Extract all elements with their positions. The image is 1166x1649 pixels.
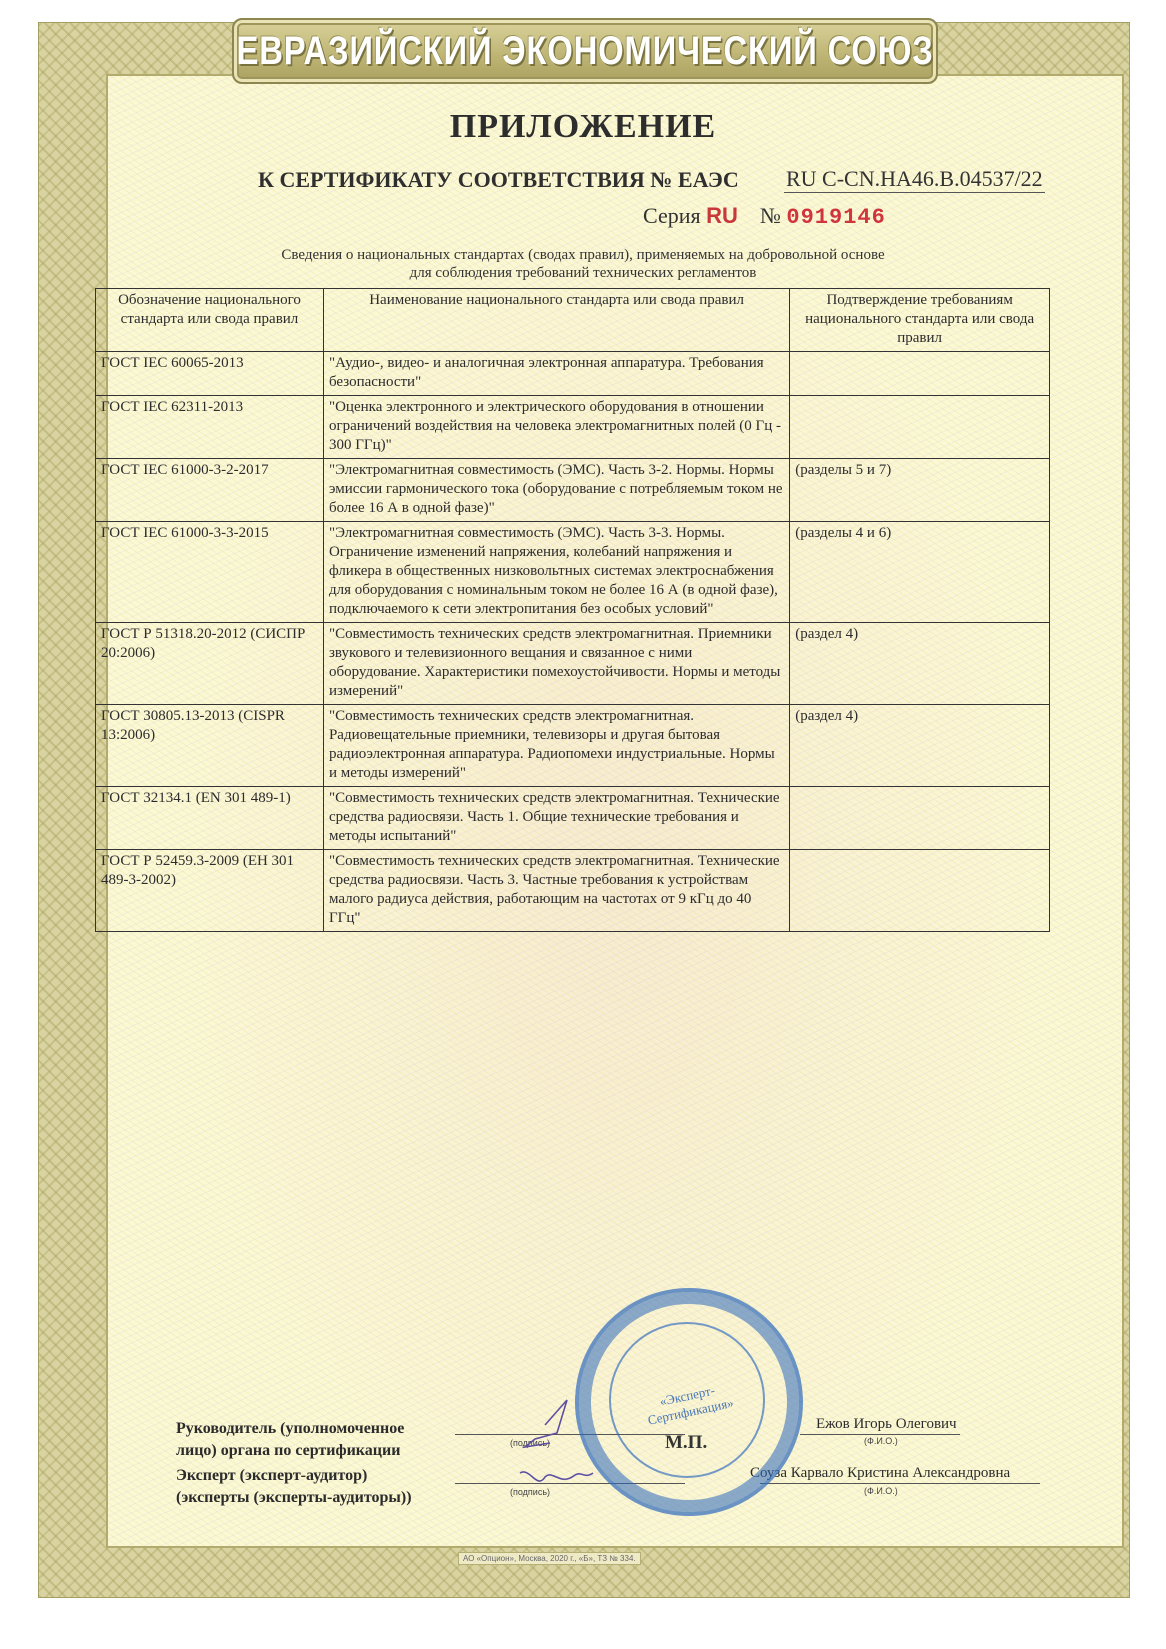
table-row: ГОСТ Р 52459.3-2009 (ЕН 301 489-3-2002)"… xyxy=(96,850,1050,932)
intro-line-2: для соблюдения требований технических ре… xyxy=(0,264,1166,282)
expert-name-line xyxy=(760,1483,1040,1484)
head-label-line-1: Руководитель (уполномоченное xyxy=(176,1418,404,1440)
standard-code: ГОСТ 30805.13-2013 (CISPR 13:2006) xyxy=(96,705,324,787)
head-label: Руководитель (уполномоченное лицо) орган… xyxy=(176,1418,404,1462)
table-row: ГОСТ 30805.13-2013 (CISPR 13:2006)"Совме… xyxy=(96,705,1050,787)
standard-confirmation: (разделы 5 и 7) xyxy=(790,459,1050,522)
table-row: ГОСТ 32134.1 (EN 301 489-1)"Совместимост… xyxy=(96,787,1050,850)
certification-stamp: «Эксперт-Сертификация» xyxy=(575,1288,803,1516)
certificate-number: RU C-CN.НА46.В.04537/22 xyxy=(784,166,1045,193)
table-row: ГОСТ IEC 61000-3-3-2015"Электромагнитная… xyxy=(96,522,1050,623)
series-line: Серия RU № 0919146 xyxy=(643,203,886,230)
expert-label-line-1: Эксперт (эксперт-аудитор) xyxy=(176,1465,412,1487)
standard-name: "Совместимость технических средств элект… xyxy=(323,623,789,705)
table-header-row: Обозначение национального стандарта или … xyxy=(96,289,1050,352)
expert-label-line-2: (эксперты (эксперты-аудиторы)) xyxy=(176,1487,412,1509)
intro-line-1: Сведения о национальных стандартах (свод… xyxy=(0,246,1166,264)
expert-label: Эксперт (эксперт-аудитор) (эксперты (экс… xyxy=(176,1465,412,1509)
banner-text: ЕВРАЗИЙСКИЙ ЭКОНОМИЧЕСКИЙ СОЮЗ xyxy=(236,29,933,74)
eaeu-banner: ЕВРАЗИЙСКИЙ ЭКОНОМИЧЕСКИЙ СОЮЗ xyxy=(232,18,938,84)
standard-code: ГОСТ IEC 60065-2013 xyxy=(96,352,324,396)
head-label-line-2: лицо) органа по сертификации xyxy=(176,1440,404,1462)
number-label: № xyxy=(760,203,781,228)
standard-code: ГОСТ Р 51318.20-2012 (СИСПР 20:2006) xyxy=(96,623,324,705)
standard-confirmation xyxy=(790,352,1050,396)
standard-confirmation: (раздел 4) xyxy=(790,623,1050,705)
standard-name: "Электромагнитная совместимость (ЭМС). Ч… xyxy=(323,522,789,623)
standard-code: ГОСТ Р 52459.3-2009 (ЕН 301 489-3-2002) xyxy=(96,850,324,932)
expert-name: Соуза Карвало Кристина Александровна xyxy=(750,1465,1010,1482)
standard-name: "Совместимость технических средств элект… xyxy=(323,705,789,787)
table-row: ГОСТ IEC 60065-2013"Аудио-, видео- и ана… xyxy=(96,352,1050,396)
certificate-label: К СЕРТИФИКАТУ СООТВЕТСТВИЯ № ЕАЭС xyxy=(258,167,739,193)
standards-table: Обозначение национального стандарта или … xyxy=(95,288,1050,932)
standard-name: "Оценка электронного и электрического об… xyxy=(323,396,789,459)
standard-confirmation: (раздел 4) xyxy=(790,705,1050,787)
standard-code: ГОСТ IEC 61000-3-2-2017 xyxy=(96,459,324,522)
table-row: ГОСТ Р 51318.20-2012 (СИСПР 20:2006)"Сов… xyxy=(96,623,1050,705)
printer-imprint: АО «Опцион», Москва, 2020 г., «Б», ТЗ № … xyxy=(458,1552,641,1565)
standard-confirmation: (разделы 4 и 6) xyxy=(790,522,1050,623)
form-number: 0919146 xyxy=(786,205,885,230)
head-name-caption: (Ф.И.О.) xyxy=(864,1436,898,1446)
series-value: RU xyxy=(706,203,738,228)
header-name: Наименование национального стандарта или… xyxy=(323,289,789,352)
standard-name: "Совместимость технических средств элект… xyxy=(323,850,789,932)
expert-name-caption: (Ф.И.О.) xyxy=(864,1486,898,1496)
table-row: ГОСТ IEC 62311-2013"Оценка электронного … xyxy=(96,396,1050,459)
standard-confirmation xyxy=(790,850,1050,932)
table-row: ГОСТ IEC 61000-3-2-2017"Электромагнитная… xyxy=(96,459,1050,522)
intro-text: Сведения о национальных стандартах (свод… xyxy=(0,246,1166,282)
stamp-center-text: «Эксперт-Сертификация» xyxy=(623,1375,755,1433)
standard-name: "Совместимость технических средств элект… xyxy=(323,787,789,850)
standard-code: ГОСТ IEC 61000-3-3-2015 xyxy=(96,522,324,623)
standard-confirmation xyxy=(790,396,1050,459)
standard-confirmation xyxy=(790,787,1050,850)
stamp-inner-ring: «Эксперт-Сертификация» xyxy=(609,1322,765,1478)
header-confirm: Подтверждение требованиям национального … xyxy=(790,289,1050,352)
page-title: ПРИЛОЖЕНИЕ xyxy=(0,108,1166,146)
series-label: Серия xyxy=(643,203,701,228)
standard-code: ГОСТ 32134.1 (EN 301 489-1) xyxy=(96,787,324,850)
standard-name: "Аудио-, видео- и аналогичная электронна… xyxy=(323,352,789,396)
head-name: Ежов Игорь Олегович xyxy=(816,1416,957,1433)
header-code: Обозначение национального стандарта или … xyxy=(96,289,324,352)
head-name-line xyxy=(800,1434,960,1435)
standard-code: ГОСТ IEC 62311-2013 xyxy=(96,396,324,459)
standard-name: "Электромагнитная совместимость (ЭМС). Ч… xyxy=(323,459,789,522)
